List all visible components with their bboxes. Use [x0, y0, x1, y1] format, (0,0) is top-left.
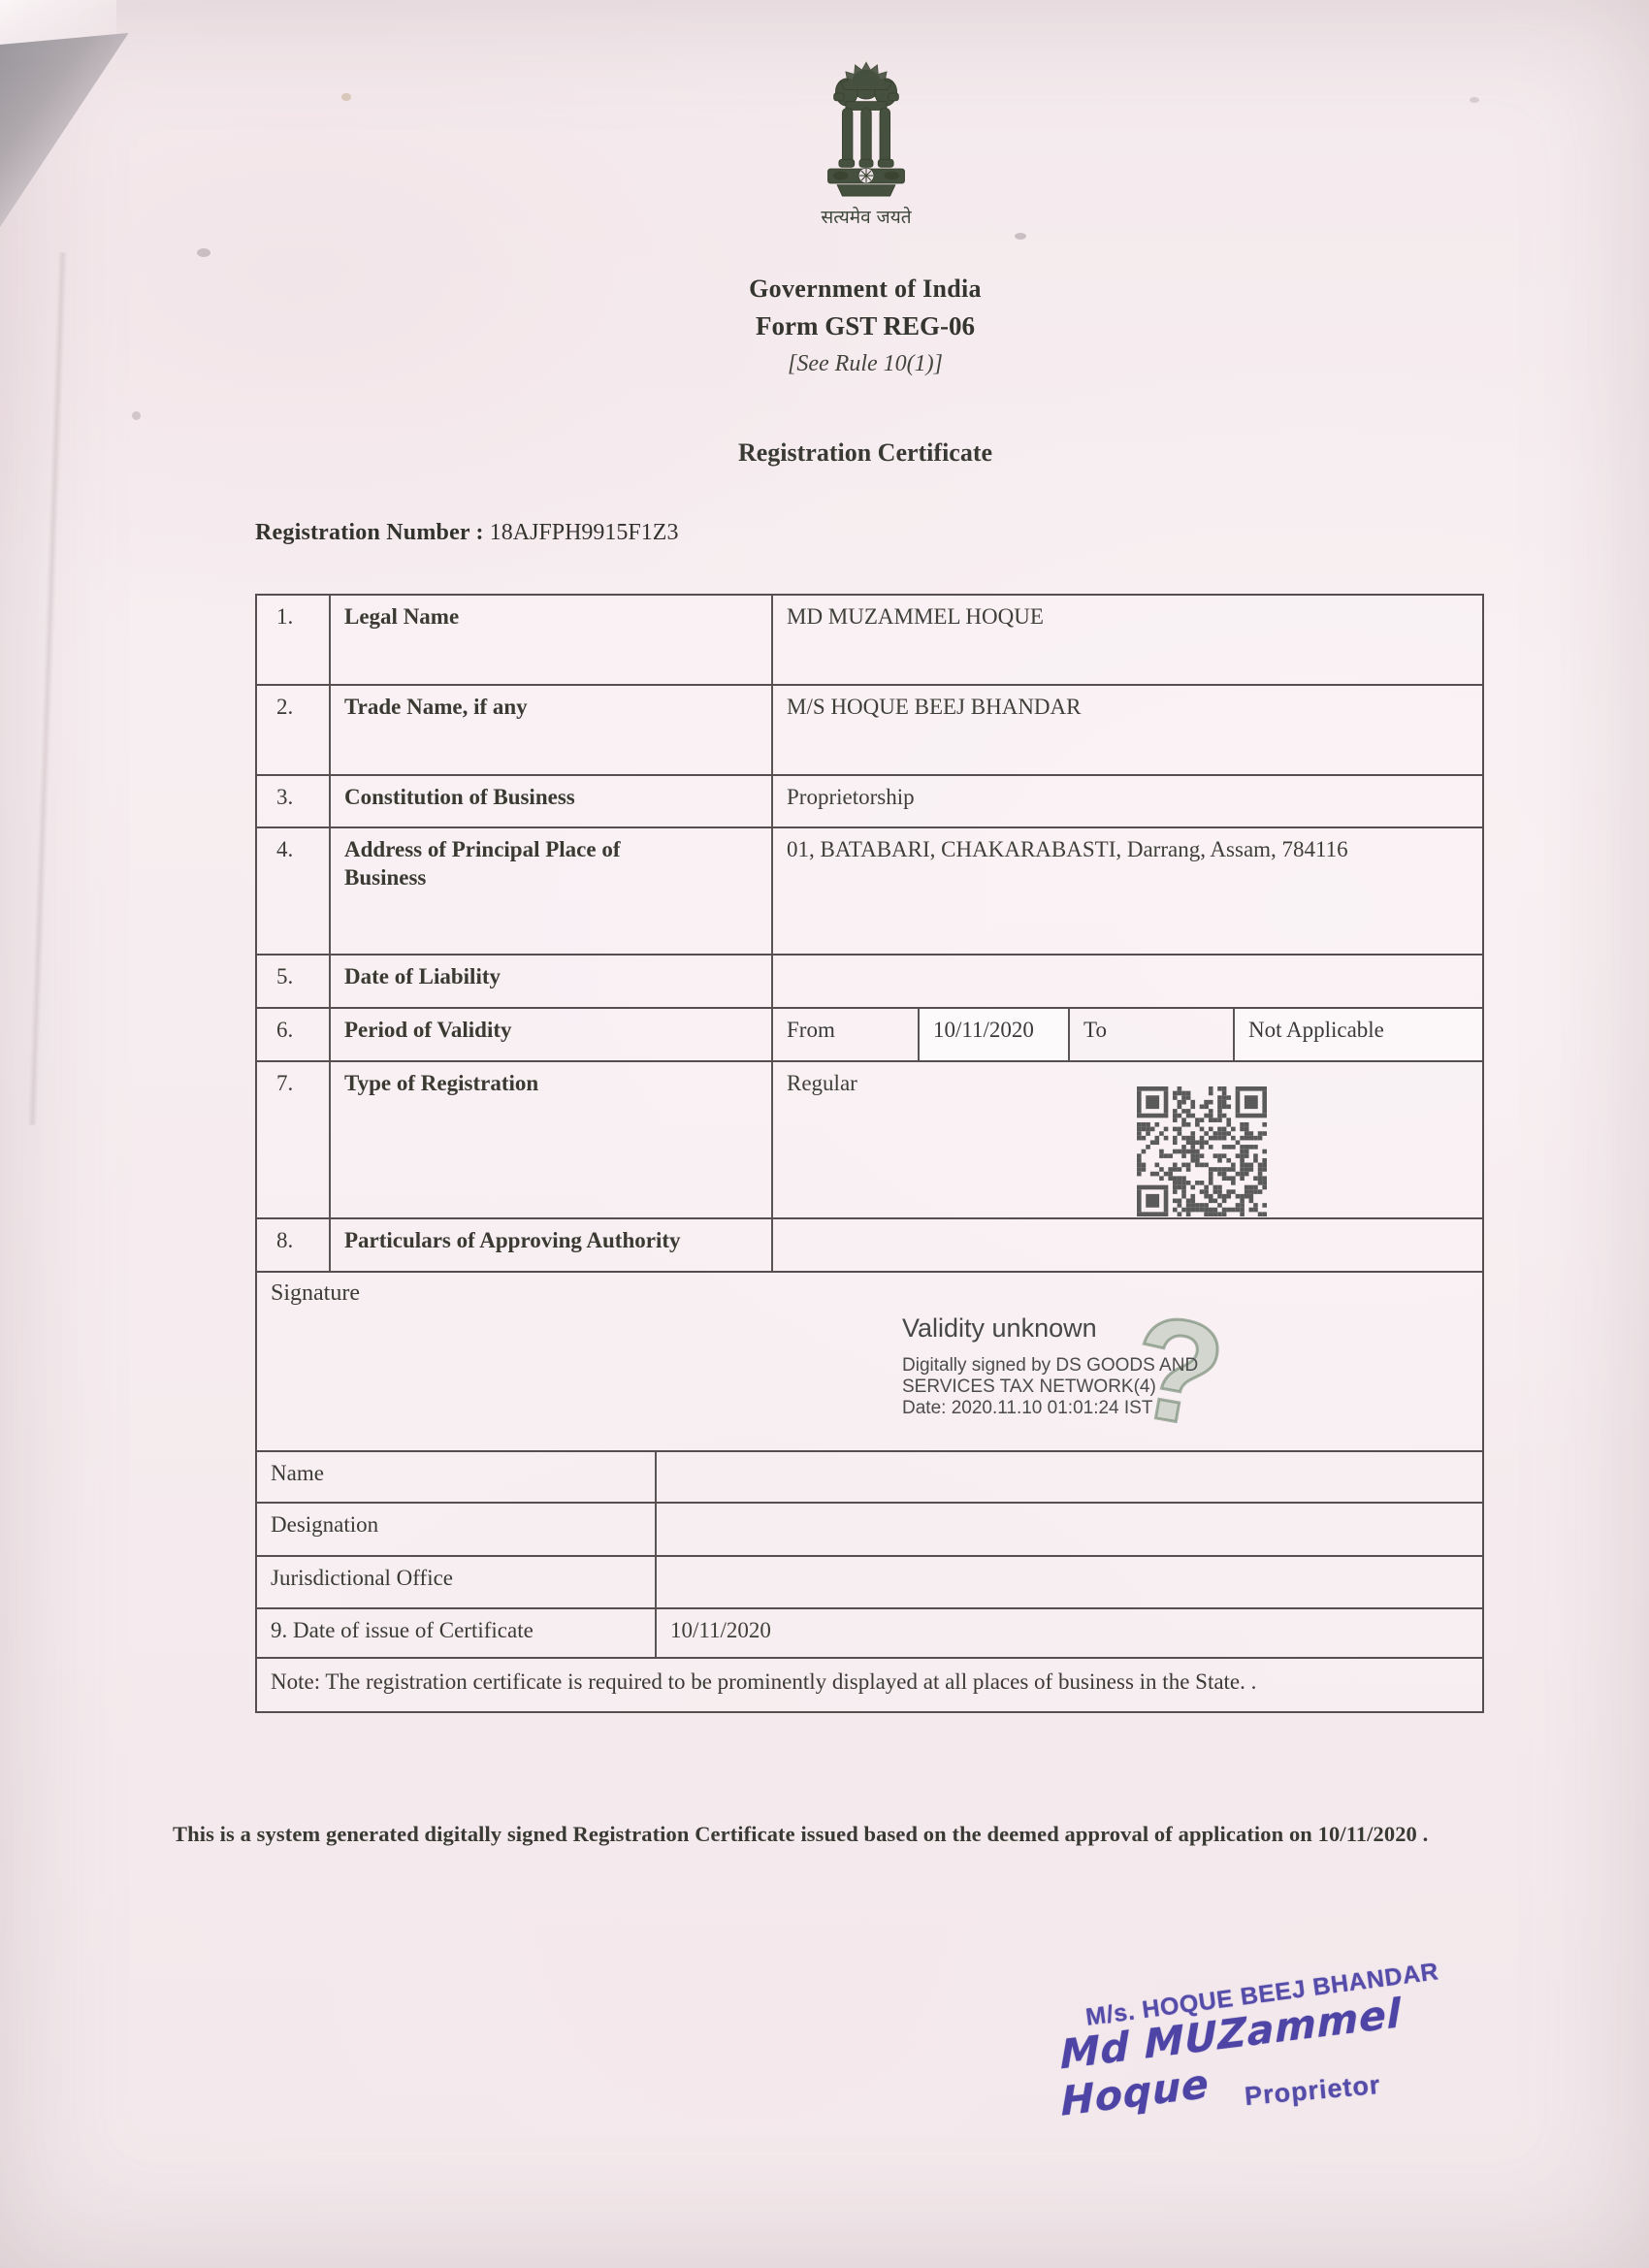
row-number: 8.	[257, 1219, 331, 1271]
certificate-title: Registration Certificate	[41, 438, 1649, 468]
row-value	[773, 956, 1482, 1007]
registration-number-line: Registration Number : 18AJFPH9915F1Z3	[255, 520, 678, 546]
signature-label: Signature	[271, 1280, 360, 1307]
digital-signature-line3: Date: 2020.11.10 01:01:24 IST	[902, 1398, 1198, 1419]
row-label: Particulars of Approving Authority	[331, 1219, 773, 1271]
row-value-wrap: Regular	[773, 1062, 1482, 1217]
note-text: Note: The registration certificate is re…	[257, 1659, 1482, 1711]
row-value	[657, 1452, 1482, 1502]
row-value: 01, BATABARI, CHAKARABASTI, Darrang, Ass…	[773, 828, 1482, 954]
row-label: Constitution of Business	[331, 776, 773, 826]
table-row-constitution: 3. Constitution of Business Proprietorsh…	[257, 776, 1482, 828]
row-label: Jurisdictional Office	[257, 1557, 657, 1607]
qr-code	[1134, 1086, 1270, 1216]
national-emblem-icon	[811, 50, 921, 204]
row-number: 1.	[257, 596, 331, 684]
row-number: 4.	[257, 828, 331, 954]
validity-to-value: Not Applicable	[1235, 1009, 1482, 1060]
digital-signature-validity: Validity unknown	[902, 1313, 1198, 1344]
row-label: Trade Name, if any	[331, 686, 773, 774]
row-label: Name	[257, 1452, 657, 1502]
row-value: M/S HOQUE BEEJ BHANDAR	[773, 686, 1482, 774]
table-row-name: Name	[257, 1452, 1482, 1504]
government-title: Government of India	[41, 275, 1649, 304]
row-label-text: Address of Principal Place of Business	[344, 836, 701, 892]
row-label: Type of Registration	[331, 1062, 773, 1217]
table-row-approving-authority: 8. Particulars of Approving Authority	[257, 1219, 1482, 1273]
row-label: Designation	[257, 1504, 657, 1555]
digital-signature-line2: SERVICES TAX NETWORK(4)	[902, 1377, 1198, 1398]
validity-from-value: 10/11/2020	[920, 1009, 1070, 1060]
row-label: Period of Validity	[331, 1009, 773, 1060]
row-number: 3.	[257, 776, 331, 826]
validity-subrow: From 10/11/2020 To Not Applicable	[773, 1009, 1482, 1060]
row-value	[773, 1219, 1482, 1271]
row-number: 2.	[257, 686, 331, 774]
row-value: MD MUZAMMEL HOQUE	[773, 596, 1482, 684]
digital-signature-line1: Digitally signed by DS GOODS AND	[902, 1355, 1198, 1377]
registration-number-label: Registration Number :	[255, 520, 484, 545]
system-generated-note: This is a system generated digitally sig…	[173, 1822, 1502, 1847]
rule-reference: [See Rule 10(1)]	[41, 351, 1649, 377]
table-row-note: Note: The registration certificate is re…	[257, 1659, 1482, 1711]
row-label: Legal Name	[331, 596, 773, 684]
row-label: Date of Liability	[331, 956, 773, 1007]
certificate-table: 1. Legal Name MD MUZAMMEL HOQUE 2. Trade…	[255, 594, 1484, 1713]
row-label: 9. Date of issue of Certificate	[257, 1609, 657, 1657]
row-value: Regular	[787, 1071, 857, 1095]
signature-section: Signature ? Validity unknown Digitally s…	[257, 1273, 1482, 1452]
validity-from-label: From	[773, 1009, 920, 1060]
registration-number-value: 18AJFPH9915F1Z3	[490, 520, 679, 545]
table-row-period-of-validity: 6. Period of Validity From 10/11/2020 To…	[257, 1009, 1482, 1062]
table-row-date-of-issue: 9. Date of issue of Certificate 10/11/20…	[257, 1609, 1482, 1659]
table-row-date-of-liability: 5. Date of Liability	[257, 956, 1482, 1009]
row-value	[657, 1557, 1482, 1607]
table-row-designation: Designation	[257, 1504, 1482, 1557]
table-row-legal-name: 1. Legal Name MD MUZAMMEL HOQUE	[257, 596, 1482, 686]
table-row-address: 4. Address of Principal Place of Busines…	[257, 828, 1482, 956]
row-value	[657, 1504, 1482, 1555]
row-value: Proprietorship	[773, 776, 1482, 826]
table-row-trade-name: 2. Trade Name, if any M/S HOQUE BEEJ BHA…	[257, 686, 1482, 776]
row-value: 10/11/2020	[657, 1609, 1482, 1657]
emblem-motto: सत्यमेव जयते	[769, 204, 963, 229]
row-number: 7.	[257, 1062, 331, 1217]
form-title: Form GST REG-06	[41, 311, 1649, 341]
digital-signature-block: Validity unknown Digitally signed by DS …	[902, 1313, 1198, 1419]
table-row-type-of-registration: 7. Type of Registration Regular	[257, 1062, 1482, 1219]
row-number: 5.	[257, 956, 331, 1007]
row-number: 6.	[257, 1009, 331, 1060]
table-row-jurisdictional-office: Jurisdictional Office	[257, 1557, 1482, 1609]
validity-to-label: To	[1070, 1009, 1235, 1060]
row-label: Address of Principal Place of Business	[331, 828, 773, 954]
